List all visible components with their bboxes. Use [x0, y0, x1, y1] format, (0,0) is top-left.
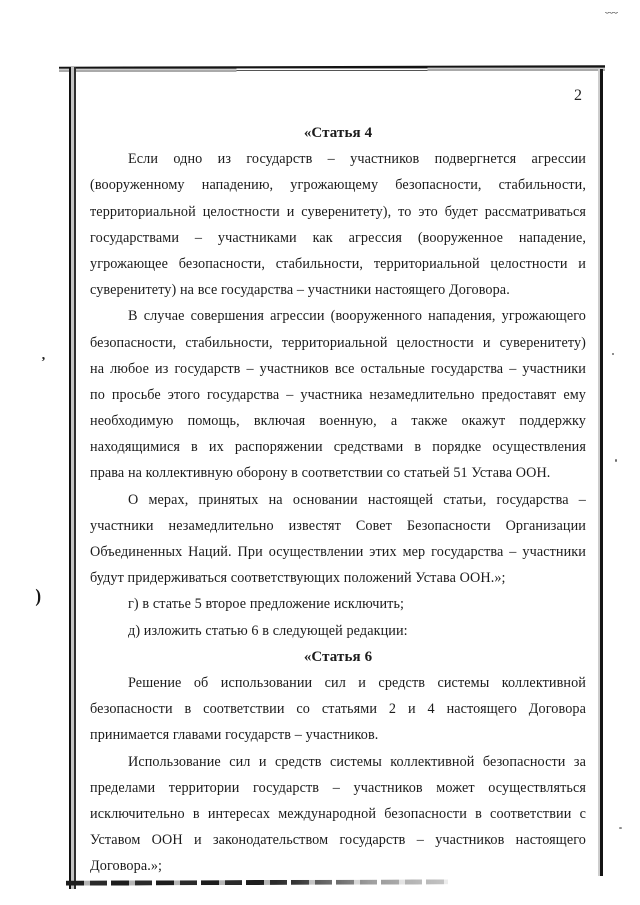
text-line: пределами территории государств – участн…: [90, 775, 586, 801]
text-line: В случае совершения агрессии (вооруженно…: [90, 303, 586, 329]
text-line: права на коллективную оборону в соответс…: [90, 460, 586, 486]
text-line: Договора.»;: [90, 853, 586, 879]
text-line: исключительно в интересах международной …: [90, 801, 586, 827]
page-border-left: [69, 67, 77, 889]
text-line: Если одно из государств – участников под…: [90, 146, 586, 172]
text-line: по просьбе этого государства – участника…: [90, 382, 586, 408]
article-4-heading: «Статья 4: [90, 120, 586, 146]
text-line: угрожающее безопасности, стабильности, т…: [90, 251, 586, 277]
scan-artifact-tick: ʼ: [41, 355, 46, 371]
paragraph-aggression-definition: Если одно из государств – участников под…: [90, 146, 586, 303]
scan-speck: [615, 459, 617, 462]
text-line: необходимую помощь, включая военную, а т…: [90, 408, 586, 434]
paragraph-use-outside-territory: Использование сил и средств системы колл…: [90, 749, 586, 880]
text-line: принимается главами государств – участни…: [90, 722, 586, 748]
text-line: Объединенных Наций. При осуществлении эт…: [90, 539, 586, 565]
scanned-document-page: ﹋ ʼ ) 2 «Статья 4 Если одно из государст…: [0, 0, 640, 905]
text-line: государствами – участниками как агрессия…: [90, 225, 586, 251]
list-item-d: д) изложить статью 6 в следующей редакци…: [90, 618, 586, 644]
scan-speck: [612, 353, 614, 355]
paragraph-collective-defense: В случае совершения агрессии (вооруженно…: [90, 303, 586, 486]
text-line: Использование сил и средств системы колл…: [90, 749, 586, 775]
text-line: Решение об использовании сил и средств с…: [90, 670, 586, 696]
text-line: на любое из государств – участников все …: [90, 356, 586, 382]
page-number: 2: [574, 87, 594, 105]
text-line: безопасности, стабильности, территориаль…: [90, 330, 586, 356]
scan-artifact-bracket: ): [35, 586, 41, 608]
text-line: участники незамедлительно известят Совет…: [90, 513, 586, 539]
document-body: «Статья 4 Если одно из государств – учас…: [90, 120, 586, 879]
text-line: суверенитету) на все государства – участ…: [90, 277, 586, 303]
page-border-bottom: [66, 879, 448, 885]
text-line: территориальной целостности и суверените…: [90, 199, 586, 225]
list-item-g: г) в статье 5 второе предложение исключи…: [90, 591, 586, 617]
paragraph-security-council-notice: О мерах, принятых на основании настоящей…: [90, 487, 586, 592]
article-6-heading: «Статья 6: [90, 644, 586, 670]
text-line: О мерах, принятых на основании настоящей…: [90, 487, 586, 513]
scan-artifact-corner-mark: ﹋: [605, 8, 618, 27]
scan-speck: [619, 827, 622, 829]
text-line: безопасности в соответствии со статьями …: [90, 696, 586, 722]
page-border-top: [59, 65, 605, 72]
paragraph-decision-use-of-forces: Решение об использовании сил и средств с…: [90, 670, 586, 749]
text-line: Уставом ООН и законодательством государс…: [90, 827, 586, 853]
page-border-right: [598, 69, 604, 876]
text-line: находящимися в их распоряжении средствам…: [90, 434, 586, 460]
text-line: (вооруженному нападению, угрожающему без…: [90, 172, 586, 198]
text-line: будут придерживаться соответствующих пол…: [90, 565, 586, 591]
